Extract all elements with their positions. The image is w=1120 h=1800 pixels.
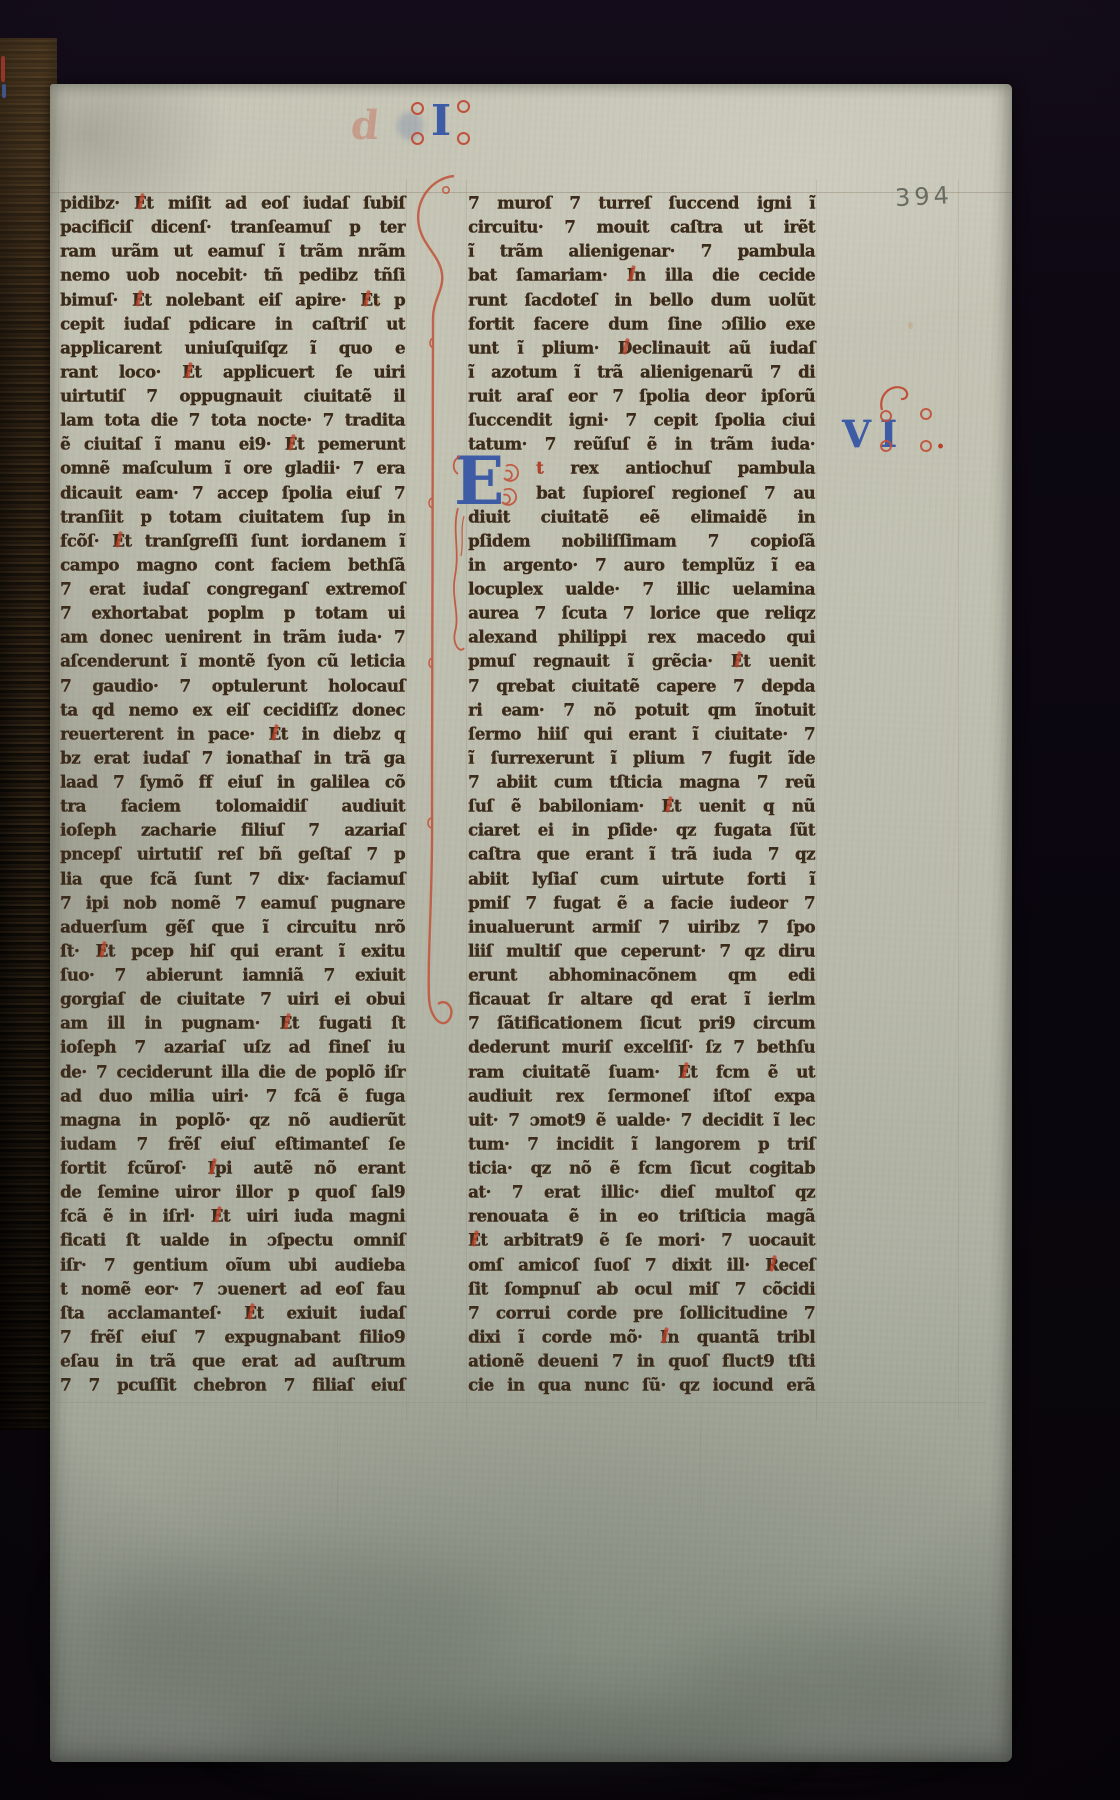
- text-line: circuitu· 7 mouit caſtra ut irẽt: [468, 214, 815, 239]
- right-text-column: 7 muroſ 7 turreſ ſuccend igni ĩcircuitu·…: [468, 190, 815, 1396]
- text-line: iudam 7 frẽſ eiuſ eſtimanteſ ſe: [60, 1131, 405, 1156]
- left-text-column: pidibz· Et miſit ad eoſ iudaſ ſubiſpacif…: [60, 190, 405, 1396]
- parchment-stain: [670, 1624, 970, 1734]
- text-line: rant loco· Et applicuert ſe uiri: [60, 359, 405, 384]
- text-line: nemo uob nocebit· tñ pedibz tñſi: [60, 262, 405, 287]
- right-column-end-of-chapter-five: 7 muroſ 7 turreſ ſuccend igni ĩcircuitu·…: [468, 190, 815, 455]
- text-line: ta qd nemo ex eiſ cecidiſſz donec: [60, 697, 405, 722]
- text-line: am ill in pugnam· Et fugati ſt: [60, 1010, 405, 1035]
- text-line: magna in poplõ· qz nõ audierũt: [60, 1107, 405, 1132]
- text-line: fcã ẽ in iſrl· Et uiri iuda magni: [60, 1203, 405, 1228]
- text-line: 7 frẽſ eiuſ 7 expugnabant filio9: [60, 1324, 405, 1349]
- text-line: ram urãm ut eamuſ ĩ trãm nrãm: [60, 238, 405, 263]
- ruling-line-vertical: [958, 180, 959, 1420]
- text-line: pſidem nobiliſſimam 7 copioſã: [468, 528, 815, 553]
- text-line: ram ciuitatẽ ſuam· Et fcm ẽ ut: [468, 1059, 815, 1084]
- text-line: ioſeph 7 azariaſ uſz ad fineſ iu: [60, 1034, 405, 1059]
- ruling-line-vertical: [700, 1402, 701, 1512]
- text-line: ationẽ deueni 7 in quoſ fluct9 tſti: [468, 1348, 815, 1373]
- text-line: bat ſamariam· In illa die cecide: [468, 262, 815, 287]
- text-line: ad duo milia uiri· 7 fcã ẽ fuga: [60, 1083, 405, 1108]
- penwork-knot: [411, 132, 424, 145]
- text-line: ficati ſt ualde in ɔſpectu omniſ: [60, 1227, 405, 1252]
- text-line: uit· 7 ɔmot9 ẽ ualde· 7 decidit ĩ lec: [468, 1107, 815, 1132]
- text-line: tatum· 7 reũſuſ ẽ in trãm iuda·: [468, 431, 815, 456]
- rubricated-capital: E: [268, 723, 280, 744]
- rubricated-capital: E: [468, 1229, 480, 1250]
- chapter-number-marker: VI ·: [828, 398, 978, 468]
- text-line: ri eam· 7 nõ potuit qm ĩnotuit: [468, 697, 815, 722]
- text-line: 7 muroſ 7 turreſ ſuccend igni ĩ: [468, 190, 815, 215]
- text-line: t nomẽ eor· 7 ɔuenert ad eoſ fau: [60, 1276, 405, 1301]
- penwork-knot: [457, 132, 470, 145]
- text-line: abiit lyſiaſ cum uirtute forti ĩ: [468, 866, 815, 891]
- running-title-ghost-offset: d: [349, 102, 382, 149]
- text-line: runt ſacdoteſ in bello dum uolũt: [468, 287, 815, 312]
- text-line: renouata ẽ in eo triſticia magã: [468, 1203, 815, 1228]
- gutter-pen-flourish: [402, 168, 466, 1148]
- text-line: 7 qrebat ciuitatẽ capere 7 depda: [468, 673, 815, 698]
- text-line: fcõſ· Et tranſgreſſi ſunt iordanem ĩ: [60, 528, 405, 553]
- text-line: pmuſ regnauit ĩ grẽcia· Et uenit: [468, 648, 815, 673]
- text-line: am donec uenirent in trãm iuda· 7: [60, 624, 405, 649]
- text-line: reuerterent in pace· Et in diebz q: [60, 721, 405, 746]
- text-line: ſuccendit igni· 7 cepit ſpolia ciui: [468, 407, 815, 432]
- text-line: at· 7 erat illic· dieſ multoſ qz: [468, 1179, 815, 1204]
- text-line: aduerſum gẽſ que ĩ circuitu nrõ: [60, 914, 405, 939]
- text-line: ĩ ſurrexerunt ĩ plium 7 fugit ĩde: [468, 745, 815, 770]
- rubricated-capital: E: [360, 289, 372, 310]
- text-line: iſr· 7 gentium oĩum ubi audieba: [60, 1252, 405, 1277]
- text-line: de· 7 ceciderunt illa die de poplõ iſr: [60, 1059, 405, 1084]
- text-line: ĩ azotum ĩ trã alienigenarũ 7 di: [468, 359, 815, 384]
- chapter-number: VI: [842, 412, 906, 456]
- text-line: 7 ſãtificationem ſicut pri9 circum: [468, 1010, 815, 1035]
- facing-page-blue-mark: [2, 84, 6, 98]
- text-line: cepit iudaſ pdicare in caſtriſ ut: [60, 311, 405, 336]
- text-line: ſta acclamanteſ· Et exiuit iudaſ: [60, 1300, 405, 1325]
- text-line: pmiſ 7 fugat ẽ a facie iudeor 7: [468, 890, 815, 915]
- text-line: dixi ĩ corde mõ· In quantã tribl: [468, 1324, 815, 1349]
- text-line: gorgiaſ de ciuitate 7 uiri ei obui: [60, 986, 405, 1011]
- text-line: pidibz· Et miſit ad eoſ iudaſ ſubiſ: [60, 190, 405, 215]
- penwork-knot: [920, 440, 932, 452]
- ruling-line-vertical: [58, 180, 59, 1420]
- ruling-line-vertical: [337, 1402, 338, 1527]
- rubricated-capital: E: [182, 361, 194, 382]
- text-line: tum· 7 incidit ĩ langorem p triſ: [468, 1131, 815, 1156]
- penwork-knot: [880, 440, 892, 452]
- text-line: lia que fcã ſunt 7 dix· faciamuſ: [60, 866, 405, 891]
- text-line: ſuo· 7 abierunt iamniã 7 exiuit: [60, 962, 405, 987]
- text-line: diuit ciuitatẽ eẽ elimaidẽ in: [468, 504, 815, 529]
- text-line: applicarent uniuſquiſqz ĩ quo e: [60, 335, 405, 360]
- text-line: 7 7 pcuſſit chebron 7 filiaſ eiuſ: [60, 1372, 405, 1397]
- text-line: 7 corrui corde pre ſollicitudine 7: [468, 1300, 815, 1325]
- rubricated-capital: E: [211, 1205, 223, 1226]
- rubricated-capital: E: [134, 192, 146, 213]
- chapter-marker-dot: ·: [936, 432, 945, 462]
- rubricated-capital: E: [112, 530, 124, 551]
- rubricated-capital: I: [627, 264, 634, 285]
- text-line: ĩ trãm alienigenar· 7 pambula: [468, 238, 815, 263]
- ruling-line-vertical: [406, 180, 407, 1420]
- penwork-knot: [457, 100, 470, 113]
- text-line: dicauit eam· 7 accep ſpolia eiuſ 7: [60, 480, 405, 505]
- text-line: Et arbitrat9 ẽ ſe mori· 7 uocauit: [468, 1227, 815, 1252]
- text-line: 7 erat iudaſ congreganſ extremoſ: [60, 576, 405, 601]
- rubricated-capital: E: [285, 433, 297, 454]
- text-line: ficauat ſr altare qd erat ĩ ierlm: [468, 986, 815, 1011]
- text-line: omnẽ maſculum ĩ ore gladii· 7 era: [60, 455, 405, 480]
- penwork-knot: [920, 408, 932, 420]
- rubricated-capital: E: [96, 940, 108, 961]
- text-line: ticia· qz nõ ẽ fcm ſicut cogitab: [468, 1155, 815, 1180]
- facing-page-red-mark: [1, 56, 5, 82]
- text-line: cie in qua nunc ſũ· qz iocund erã: [468, 1372, 815, 1397]
- book-spine-page-edges: [0, 38, 57, 1430]
- running-title-ornament: d I: [345, 94, 505, 154]
- rubricated-capital: E: [132, 289, 144, 310]
- manuscript-photo: d I 394 pidibz· Et miſit ad eoſ iudaſ ſu…: [0, 0, 1120, 1800]
- text-line: audiuit rex ſermoneſ iſtoſ expa: [468, 1083, 815, 1108]
- text-line: alexand philippi rex macedo qui: [468, 624, 815, 649]
- text-line: ruit araſ eor 7 ſpolia deor ipſorũ: [468, 383, 815, 408]
- text-line: uirtutiſ 7 oppugnauit ciuitatẽ il: [60, 383, 405, 408]
- text-line: dederunt muriſ excelſiſ· ſz 7 bethſu: [468, 1034, 815, 1059]
- running-title-letter: I: [431, 96, 451, 145]
- text-line: 7 gaudio· 7 optulerunt holocauſ: [60, 673, 405, 698]
- text-line: caſtra que erant ĩ trã iuda 7 qz: [468, 841, 815, 866]
- penwork-knot: [411, 102, 424, 115]
- text-line: tra faciem tolomaidiſ audiuit: [60, 793, 405, 818]
- text-line: laad 7 ſymõ ff eiuſ in galilea cõ: [60, 769, 405, 794]
- right-column-chapter-six-text: diuit ciuitatẽ eẽ elimaidẽ inpſidem nobi…: [468, 504, 815, 1397]
- ruling-line-vertical: [466, 180, 467, 1420]
- ruling-line-vertical: [816, 180, 817, 1420]
- rubricated-capital: D: [618, 337, 632, 358]
- rubricated-capital: E: [279, 1012, 291, 1033]
- text-line: fortit fcũroſ· Ipi autẽ nõ erant: [60, 1155, 405, 1180]
- chapter-marker-flourish: [868, 380, 928, 414]
- rubricated-capital: E: [662, 795, 674, 816]
- text-line: campo magno cont faciem bethſã: [60, 552, 405, 577]
- text-line: in argento· 7 auro templũz ĩ ea: [468, 552, 815, 577]
- text-line: unt ĩ plium· Declinauit aũ iudaſ: [468, 335, 815, 360]
- rubricated-capital: E: [244, 1302, 256, 1323]
- text-line: ſit ſompnuſ ab ocul miſ 7 cõcidi: [468, 1276, 815, 1301]
- text-line: ciaret ei in pſide· qz fugata ſũt: [468, 817, 815, 842]
- text-line: ſermo hiiſ qui erant ĩ ciuitate· 7: [468, 721, 815, 746]
- ruling-line-bottom: [56, 1402, 986, 1403]
- rust-speck: [908, 322, 913, 329]
- text-line: de ſemine uiror illor p quoſ ſal9: [60, 1179, 405, 1204]
- text-line: liiſ multiſ que ceperunt· 7 qz diru: [468, 938, 815, 963]
- rubricated-capital: I: [660, 1326, 667, 1347]
- text-line: pncepſ uirtutiſ reſ bñ geſtaſ 7 p: [60, 841, 405, 866]
- text-line: 7 ipi nob nomẽ 7 eamuſ pugnare: [60, 890, 405, 915]
- text-line: bat ſupioreſ regioneſ 7 au: [468, 480, 815, 505]
- text-line: t rex antiochuſ pambula: [468, 455, 815, 480]
- parchment-stain: [90, 1554, 510, 1704]
- text-line: omſ amicoſ ſuoſ 7 dixit ill· Receſ: [468, 1252, 815, 1277]
- text-line: ioſeph zacharie filiuſ 7 azariaſ: [60, 817, 405, 842]
- text-line: bz erat iudaſ 7 ionathaſ in trã ga: [60, 745, 405, 770]
- text-line: inualuerunt armiſ 7 uiribz 7 ſpo: [468, 914, 815, 939]
- text-line: ſuſ ẽ babiloniam· Et uenit q nũ: [468, 793, 815, 818]
- parchment-page: d I 394 pidibz· Et miſit ad eoſ iudaſ ſu…: [50, 84, 1012, 1762]
- text-line: locuplex ualde· 7 illic uelamina: [468, 576, 815, 601]
- rubricated-capital: E: [731, 650, 743, 671]
- parchment-stain: [230, 1704, 790, 1764]
- text-line: aſcenderunt ĩ montẽ ſyon cũ leticia: [60, 648, 405, 673]
- text-line: ẽ ciuitaſ ĩ manu ei9· Et pemerunt: [60, 431, 405, 456]
- penwork-knot: [880, 410, 892, 422]
- text-line: erunt abhominacõnem qm edi: [468, 962, 815, 987]
- text-line: ſt· Et pcep hiſ qui erant ĩ exitu: [60, 938, 405, 963]
- text-line: aurea 7 ſcuta 7 lorice que reliqz: [468, 600, 815, 625]
- text-line: eſau in trã que erat ad auſtrum: [60, 1348, 405, 1373]
- text-line: bimuſ· Et nolebant eiſ apire· Et p: [60, 287, 405, 312]
- text-line: tranſiit p totam ciuitatem ſup in: [60, 504, 405, 529]
- text-line: 7 exhortabat poplm p totam ui: [60, 600, 405, 625]
- text-line: lam tota die 7 tota nocte· 7 tradita: [60, 407, 405, 432]
- text-line: pacificiſ dicenſ· tranſeamuſ p ter: [60, 214, 405, 239]
- rubricated-capital: R: [765, 1254, 778, 1275]
- folio-number: 394: [894, 180, 975, 212]
- rubricated-capital: I: [208, 1157, 215, 1178]
- text-line: fortit facere dum ſine ɔſilio exe: [468, 311, 815, 336]
- rubricated-capital: E: [678, 1061, 690, 1082]
- text-line: 7 abiit cum tſticia magna 7 reũ: [468, 769, 815, 794]
- right-column-chapter-opening: t rex antiochuſ pambulabat ſupioreſ regi…: [468, 455, 815, 503]
